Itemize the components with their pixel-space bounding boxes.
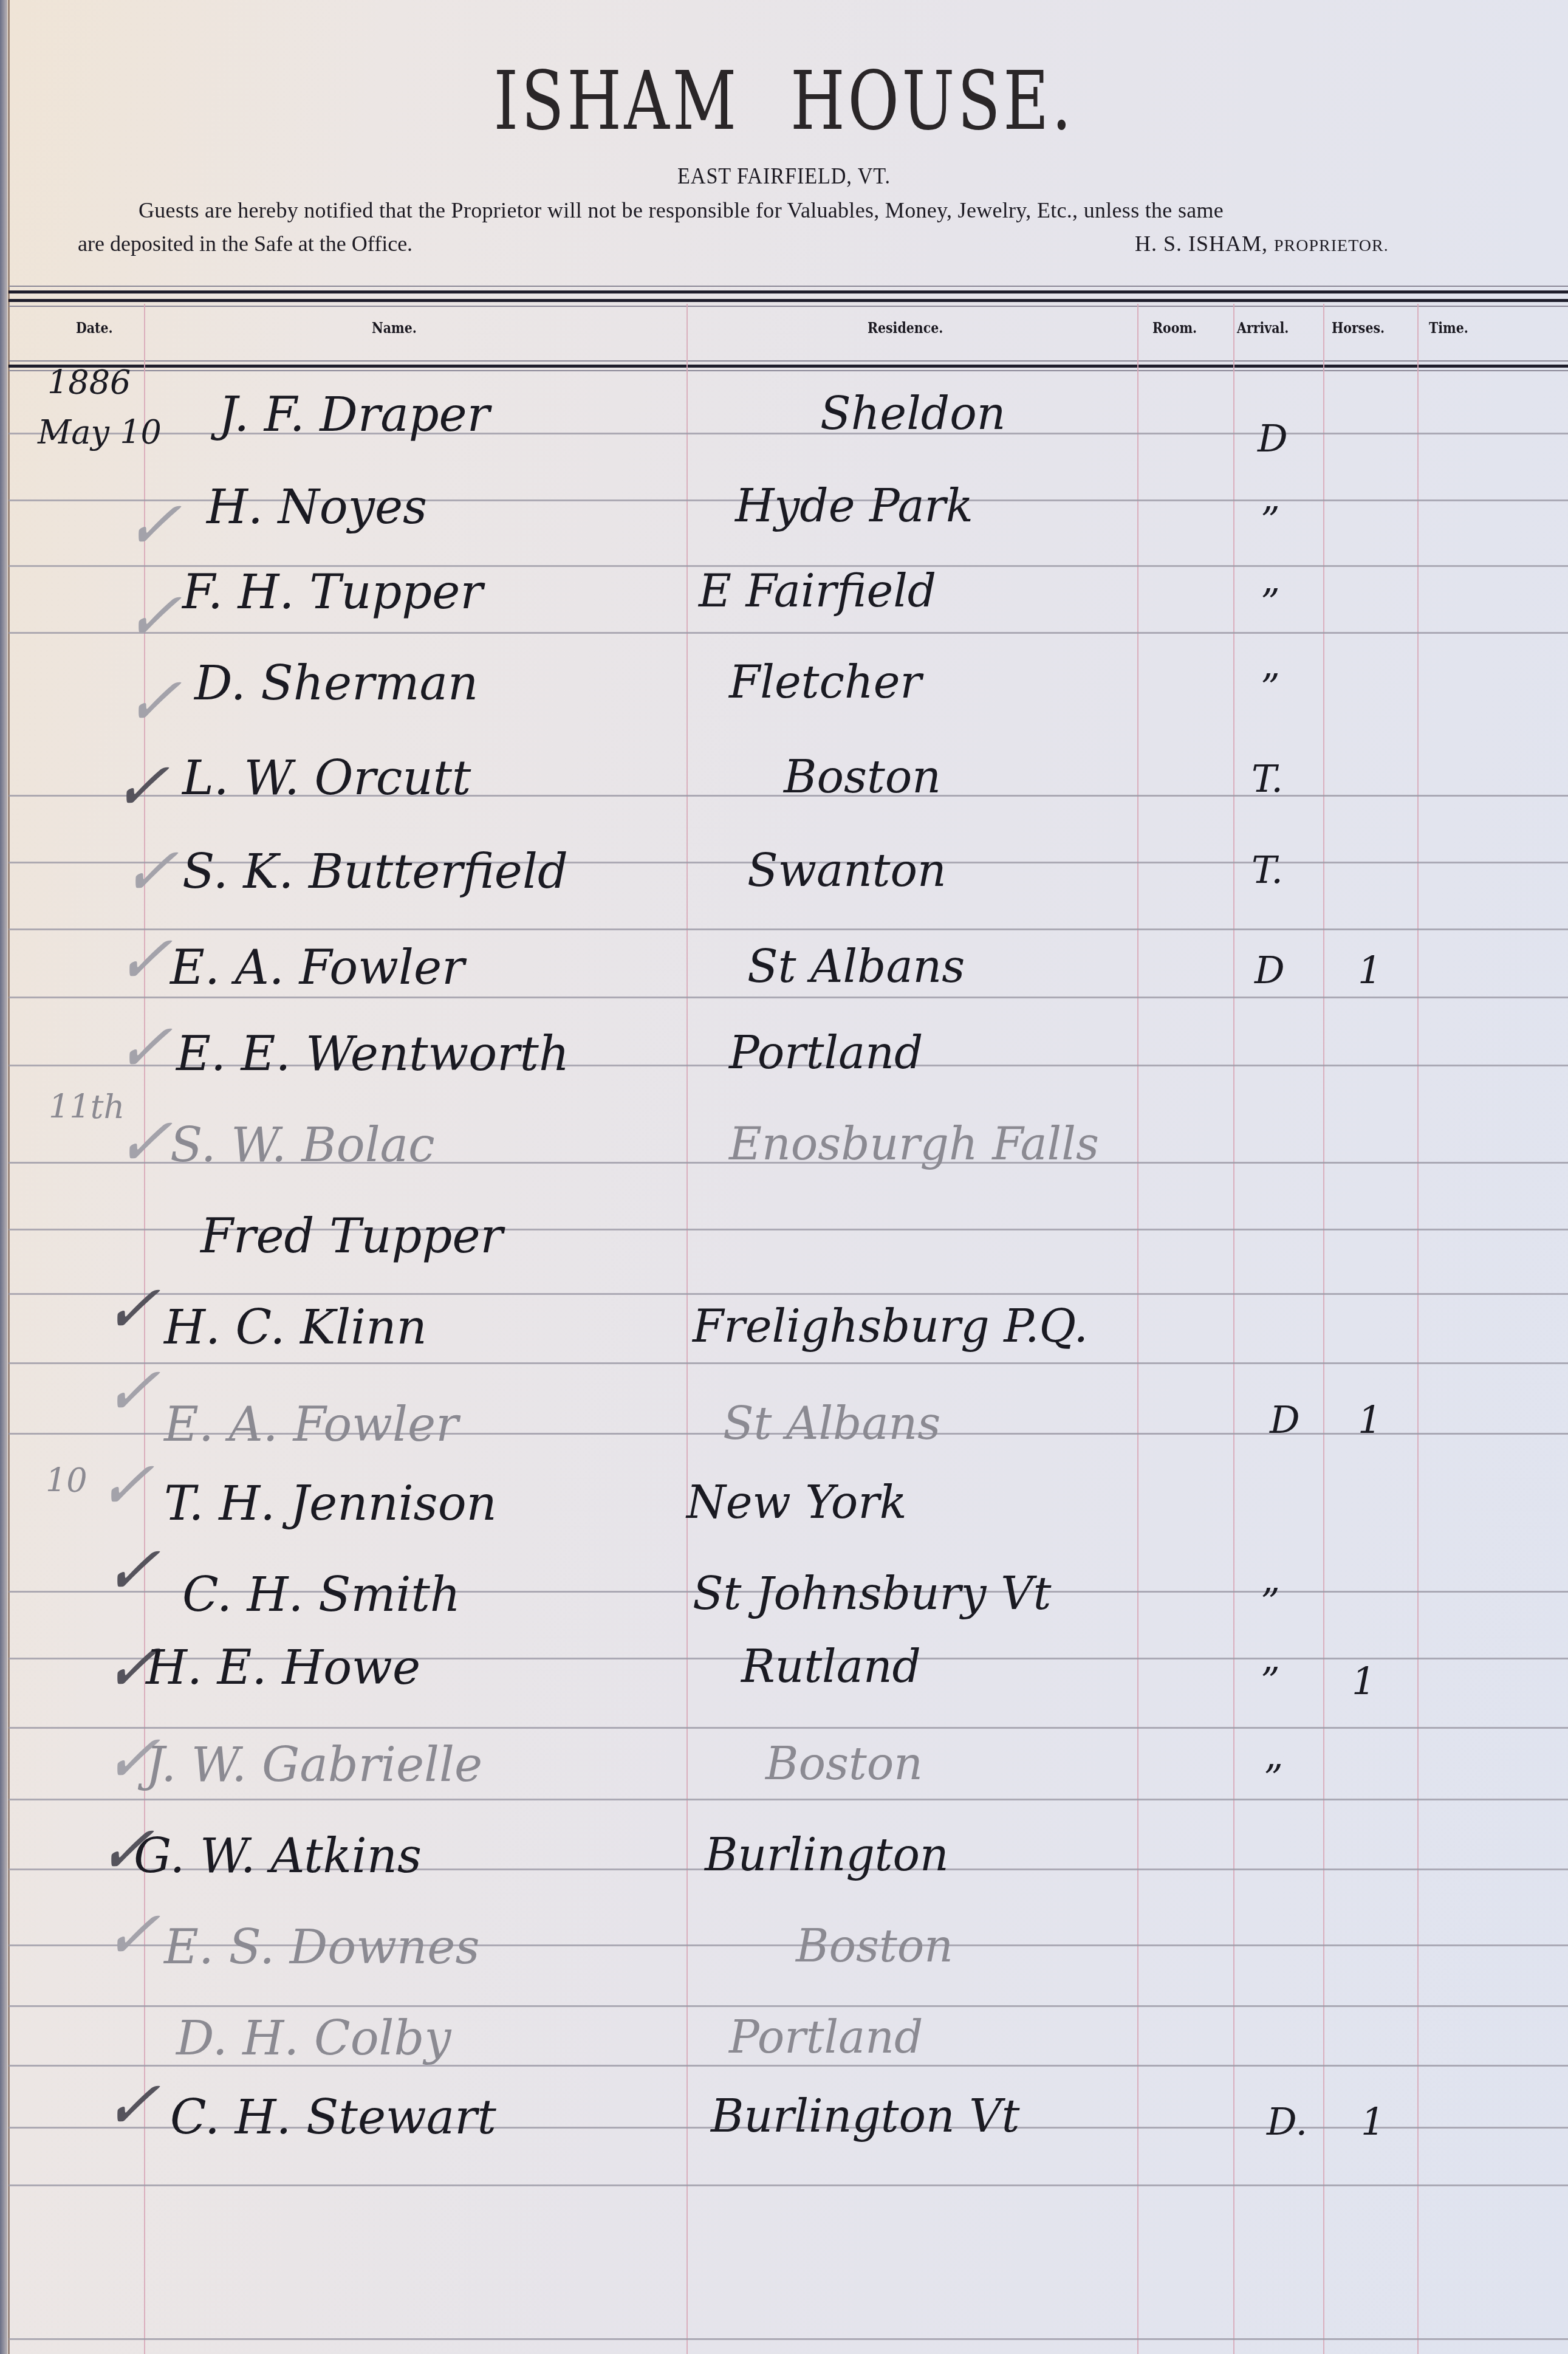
row-rule	[9, 1799, 1568, 1800]
guest-residence: E Fairfield	[699, 565, 936, 617]
horses-count: 1	[1352, 1659, 1375, 1703]
checkmark-icon: ✓	[91, 1446, 172, 1524]
guest-name: D. Sherman	[194, 656, 478, 711]
hotel-location: EAST FAIRFIELD, VT.	[78, 163, 1490, 190]
guest-residence: Rutland	[741, 1641, 921, 1693]
guest-name: S. K. Butterfield	[182, 845, 568, 899]
header-rule-top-thin	[9, 286, 1568, 287]
column-header-time: Time.	[1429, 319, 1468, 337]
row-rule	[9, 2005, 1568, 2007]
header-rule-bottom-thick	[9, 365, 1568, 368]
guest-residence: Boston	[765, 1738, 923, 1790]
date-10: 10	[46, 1461, 87, 1500]
row-rule	[9, 2338, 1568, 2340]
guest-residence: Sheldon	[820, 388, 1005, 440]
guest-residence: Frelighsburg P.Q.	[693, 1300, 1088, 1353]
guest-name: J. W. Gabrielle	[146, 1738, 482, 1793]
column-divider-arrival-horses	[1323, 304, 1324, 2354]
arrival-mark: T.	[1251, 848, 1283, 892]
row-rule	[9, 997, 1568, 998]
header-rule-top-thin-2	[9, 306, 1568, 307]
column-header-date: Date.	[76, 319, 113, 337]
checkmark-icon: ✓	[97, 2066, 178, 2144]
column-header-horses: Horses.	[1332, 319, 1385, 337]
guest-name: C. H. Smith	[182, 1568, 460, 1622]
guest-residence: Portland	[729, 2011, 923, 2064]
guest-residence: Burlington Vt	[711, 2090, 1019, 2143]
book-binding-edge	[0, 0, 7, 2354]
guest-name: C. H. Stewart	[170, 2090, 496, 2145]
guest-name: Fred Tupper	[200, 1209, 503, 1264]
guest-residence: St Albans	[747, 941, 965, 993]
arrival-mark: ”	[1264, 1756, 1283, 1800]
column-divider-residence-room	[1137, 304, 1138, 2354]
guest-name: H. E. Howe	[146, 1641, 420, 1695]
row-rule	[9, 928, 1568, 930]
guest-name: D. H. Colby	[176, 2011, 451, 2066]
guest-residence: Fletcher	[729, 656, 922, 709]
proprietor-title: PROPRIETOR.	[1274, 236, 1389, 255]
horses-count: 1	[1358, 948, 1381, 992]
notice-line-2: are deposited in the Safe at the Office.	[78, 231, 413, 256]
arrival-mark: ”	[1261, 665, 1280, 710]
column-divider-name-residence	[686, 304, 688, 2354]
row-rule	[9, 632, 1568, 634]
guest-name: H. C. Klinn	[164, 1300, 427, 1355]
arrival-mark: ”	[1261, 1659, 1280, 1703]
column-header-name: Name.	[372, 319, 417, 337]
header-rule-top-thick-1	[9, 290, 1568, 293]
guest-name: S. W. Bolac	[170, 1118, 435, 1173]
guest-name: T. H. Jennison	[164, 1477, 497, 1531]
row-rule	[9, 1362, 1568, 1364]
guest-residence: St Johnsbury Vt	[693, 1568, 1051, 1620]
date-year: 1886	[47, 363, 131, 402]
horses-count: 1	[1361, 2099, 1385, 2144]
arrival-mark: ”	[1261, 580, 1280, 625]
arrival-mark: D	[1270, 1398, 1300, 1442]
proprietor-signature-line: H. S. ISHAM, PROPRIETOR.	[1135, 231, 1389, 256]
date-11th: 11th	[49, 1088, 125, 1126]
guest-name: E. A. Fowler	[164, 1398, 458, 1452]
proprietor-name: H. S. ISHAM,	[1135, 232, 1268, 256]
guest-name: H. Noyes	[207, 480, 427, 535]
column-divider-horses-time	[1417, 304, 1419, 2354]
column-header-residence: Residence.	[868, 319, 943, 337]
guest-name: L. W. Orcutt	[182, 751, 471, 806]
guest-name: F. H. Tupper	[182, 565, 483, 620]
guest-residence: Boston	[796, 1920, 953, 1972]
hotel-title: ISHAM HOUSE.	[173, 55, 1395, 148]
column-header-room: Room.	[1152, 319, 1197, 337]
guest-name: E. E. Wentworth	[176, 1027, 569, 1082]
header-rule-top-thick-2	[9, 299, 1568, 302]
checkmark-icon: ✓	[118, 662, 199, 740]
header-rule-bottom-thin	[9, 360, 1568, 362]
guest-residence: Enosburgh Falls	[729, 1118, 1099, 1170]
guest-residence: New York	[686, 1477, 907, 1529]
guest-name: E. A. Fowler	[170, 941, 464, 995]
arrival-mark: ”	[1261, 498, 1280, 543]
checkmark-icon: ✓	[97, 1531, 178, 1609]
header-rule-bottom-thin-2	[9, 370, 1568, 371]
date-may-10: May 10	[38, 413, 162, 451]
guest-name: G. W. Atkins	[134, 1829, 422, 1884]
checkmark-icon: ✓	[118, 486, 199, 564]
guest-residence: Hyde Park	[735, 480, 973, 532]
row-rule	[9, 1727, 1568, 1729]
horses-count: 1	[1358, 1398, 1381, 1442]
arrival-mark: D	[1258, 416, 1288, 461]
guest-residence: Burlington	[705, 1829, 949, 1881]
guest-name: J. F. Draper	[219, 388, 490, 442]
column-divider-room-arrival	[1233, 304, 1234, 2354]
column-header-arrival: Arrival.	[1237, 319, 1289, 337]
checkmark-icon: ✓	[106, 747, 187, 825]
row-rule	[9, 1293, 1568, 1295]
row-rule	[9, 2184, 1568, 2186]
guest-residence: Swanton	[747, 845, 947, 897]
guest-residence: Boston	[784, 751, 941, 803]
arrival-mark: T.	[1251, 757, 1283, 801]
guest-residence: Portland	[729, 1027, 923, 1079]
arrival-mark: D.	[1267, 2099, 1307, 2144]
arrival-mark: D	[1255, 948, 1285, 992]
guest-residence: St Albans	[723, 1398, 940, 1450]
notice-line-1: Guests are hereby notified that the Prop…	[139, 197, 1224, 223]
arrival-mark: ”	[1261, 1580, 1280, 1624]
guest-name: E. S. Downes	[164, 1920, 479, 1975]
